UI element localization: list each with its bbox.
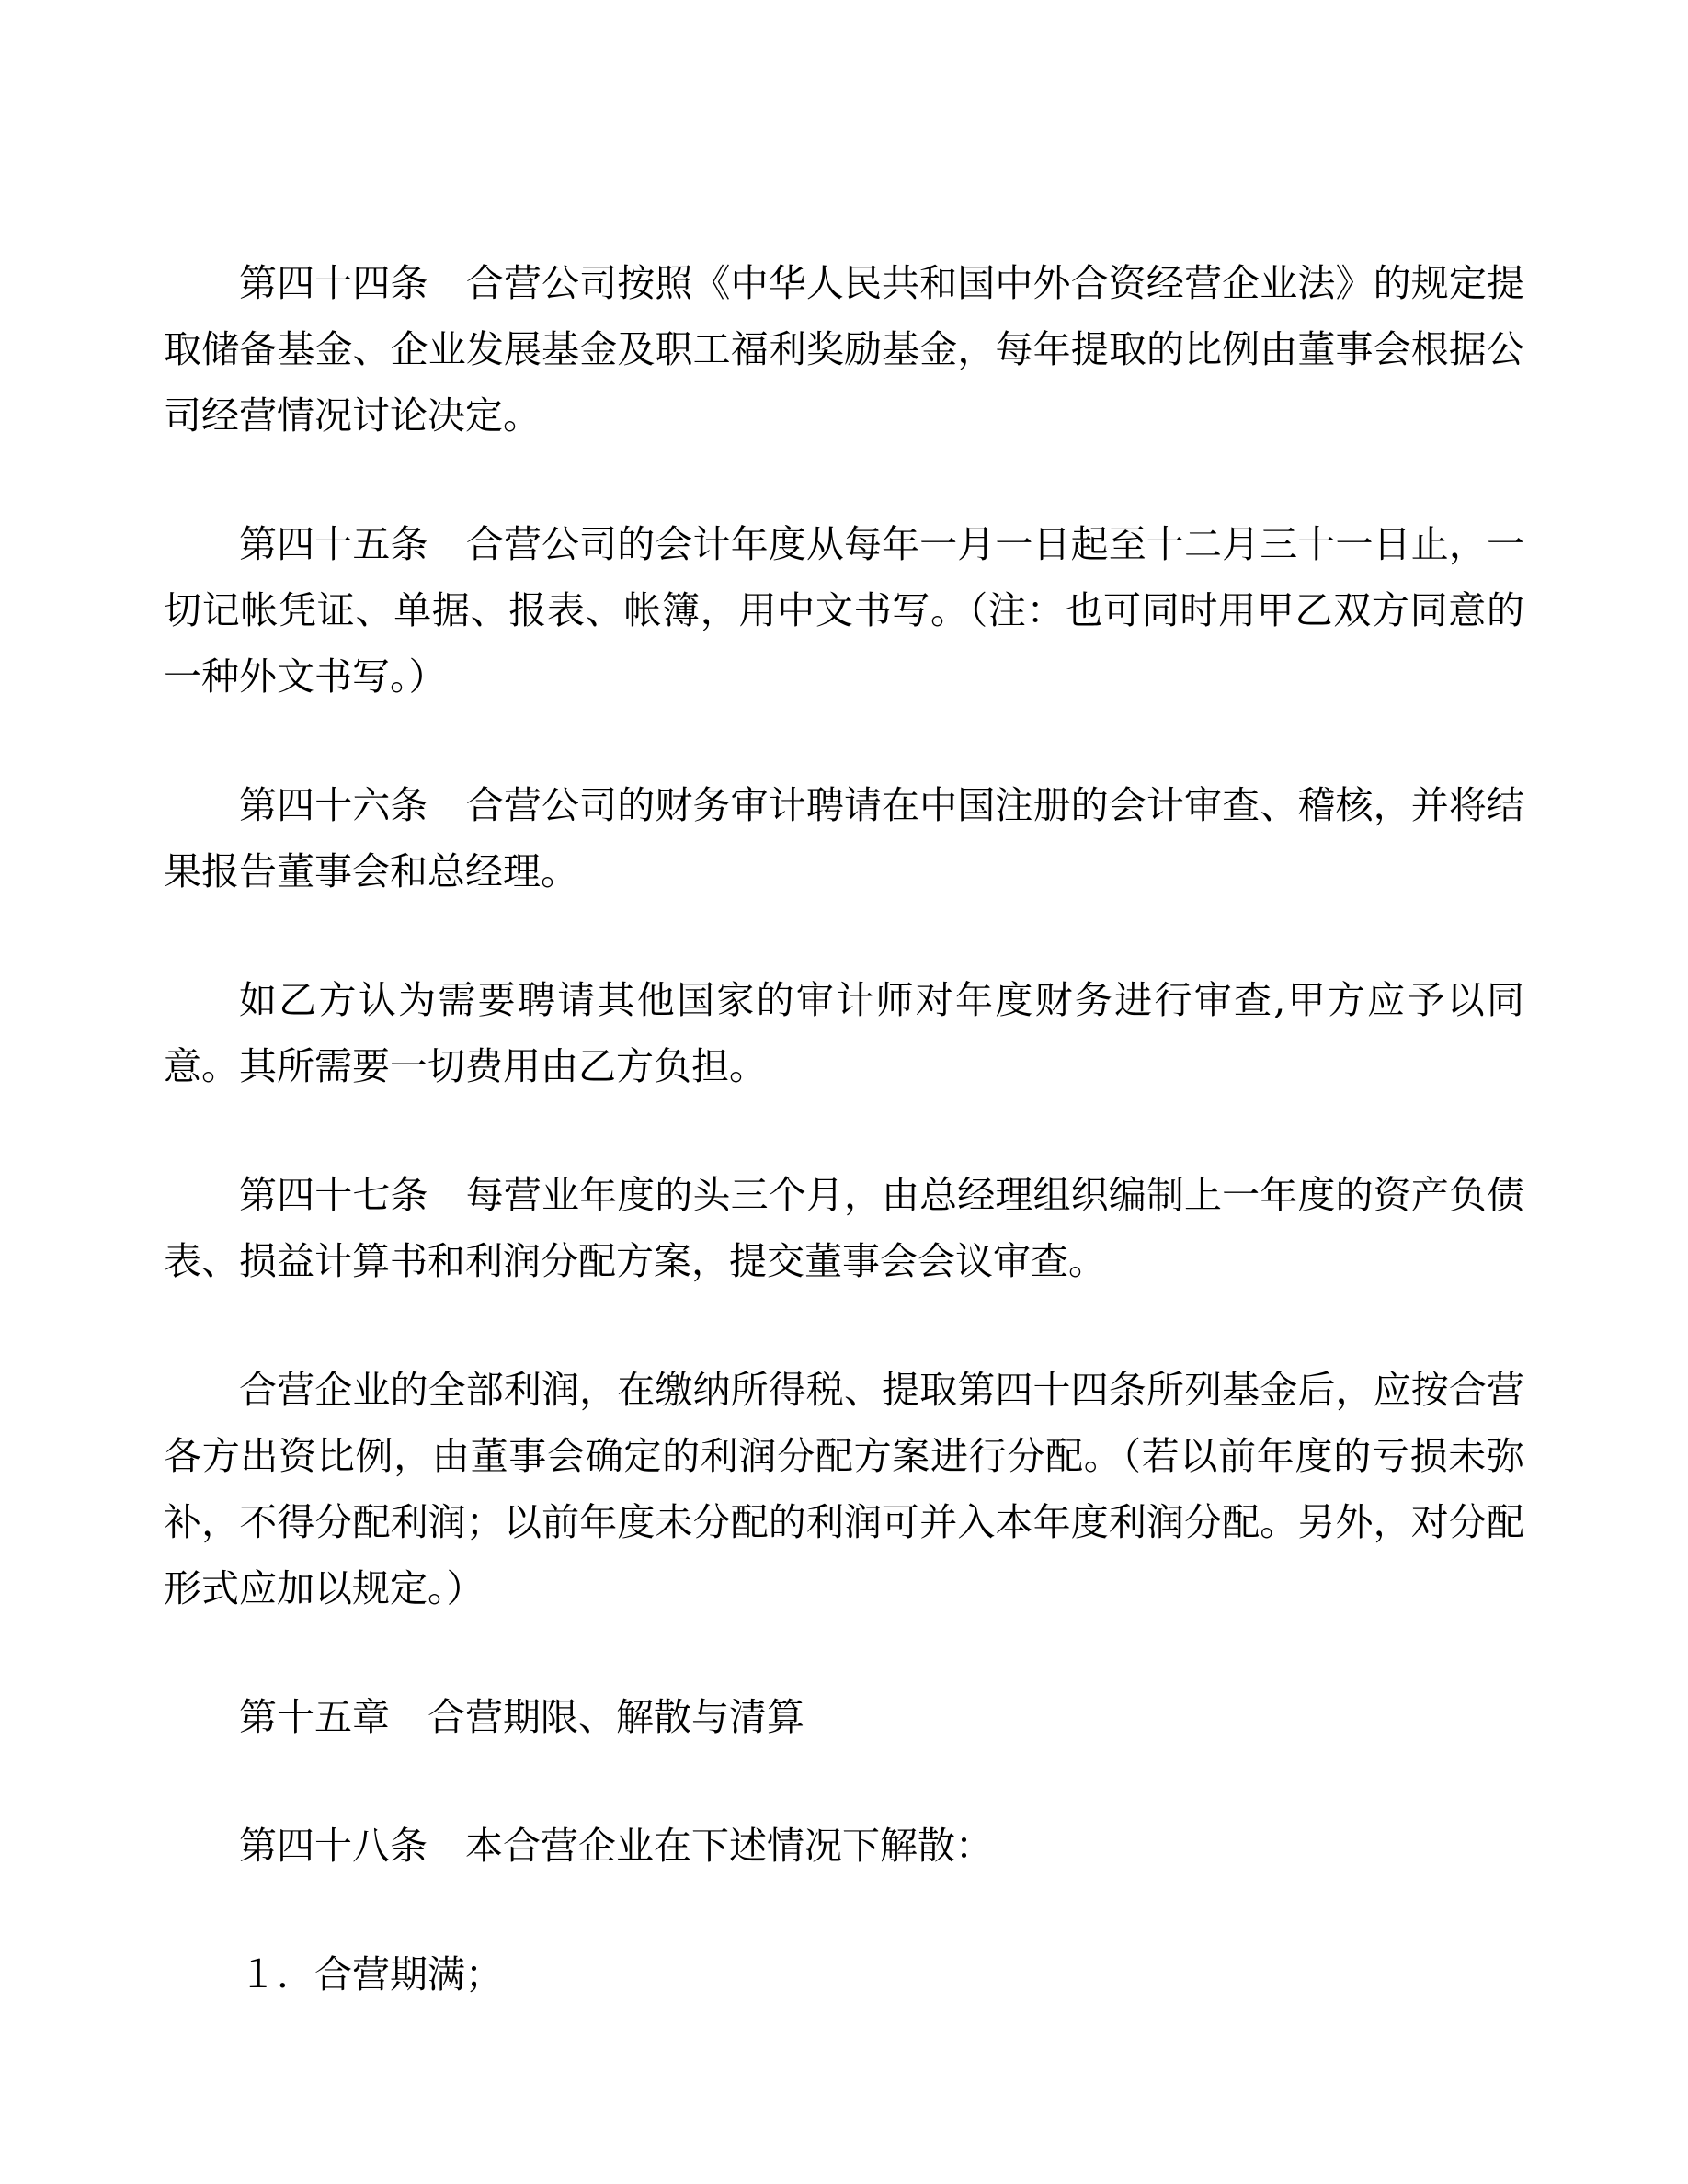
paragraph-article-47: 第四十七条 每营业年度的头三个月，由总经理组织编制上一年度的资产负债表、损益计算… [164, 1162, 1524, 1294]
paragraph-article-45: 第四十五条 合营公司的会计年度从每年一月一日起至十二月三十一日止，一切记帐凭证、… [164, 511, 1524, 710]
document-page: 第四十四条 合营公司按照《中华人民共和国中外合资经营企业法》的规定提取储备基金、… [0, 0, 1688, 2184]
paragraph-article-44: 第四十四条 合营公司按照《中华人民共和国中外合资经营企业法》的规定提取储备基金、… [164, 250, 1524, 449]
paragraph-article-46: 第四十六条 合营公司的财务审计聘请在中国注册的会计审查、稽核，并将结果报告董事会… [164, 772, 1524, 904]
paragraph-article-48: 第四十八条 本合营企业在下述情况下解散： [164, 1813, 1524, 1879]
chapter-15-heading: 第十五章 合营期限、解散与清算 [164, 1684, 1524, 1750]
list-item-term-expiry: １．合营期满； [164, 1941, 1524, 2008]
paragraph-foreign-auditor-clause: 如乙方认为需要聘请其他国家的审计师对年度财务进行审查,甲方应予以同意。其所需要一… [164, 967, 1524, 1099]
paragraph-profit-distribution: 合营企业的全部利润，在缴纳所得税、提取第四十四条所列基金后，应按合营各方出资比例… [164, 1357, 1524, 1621]
